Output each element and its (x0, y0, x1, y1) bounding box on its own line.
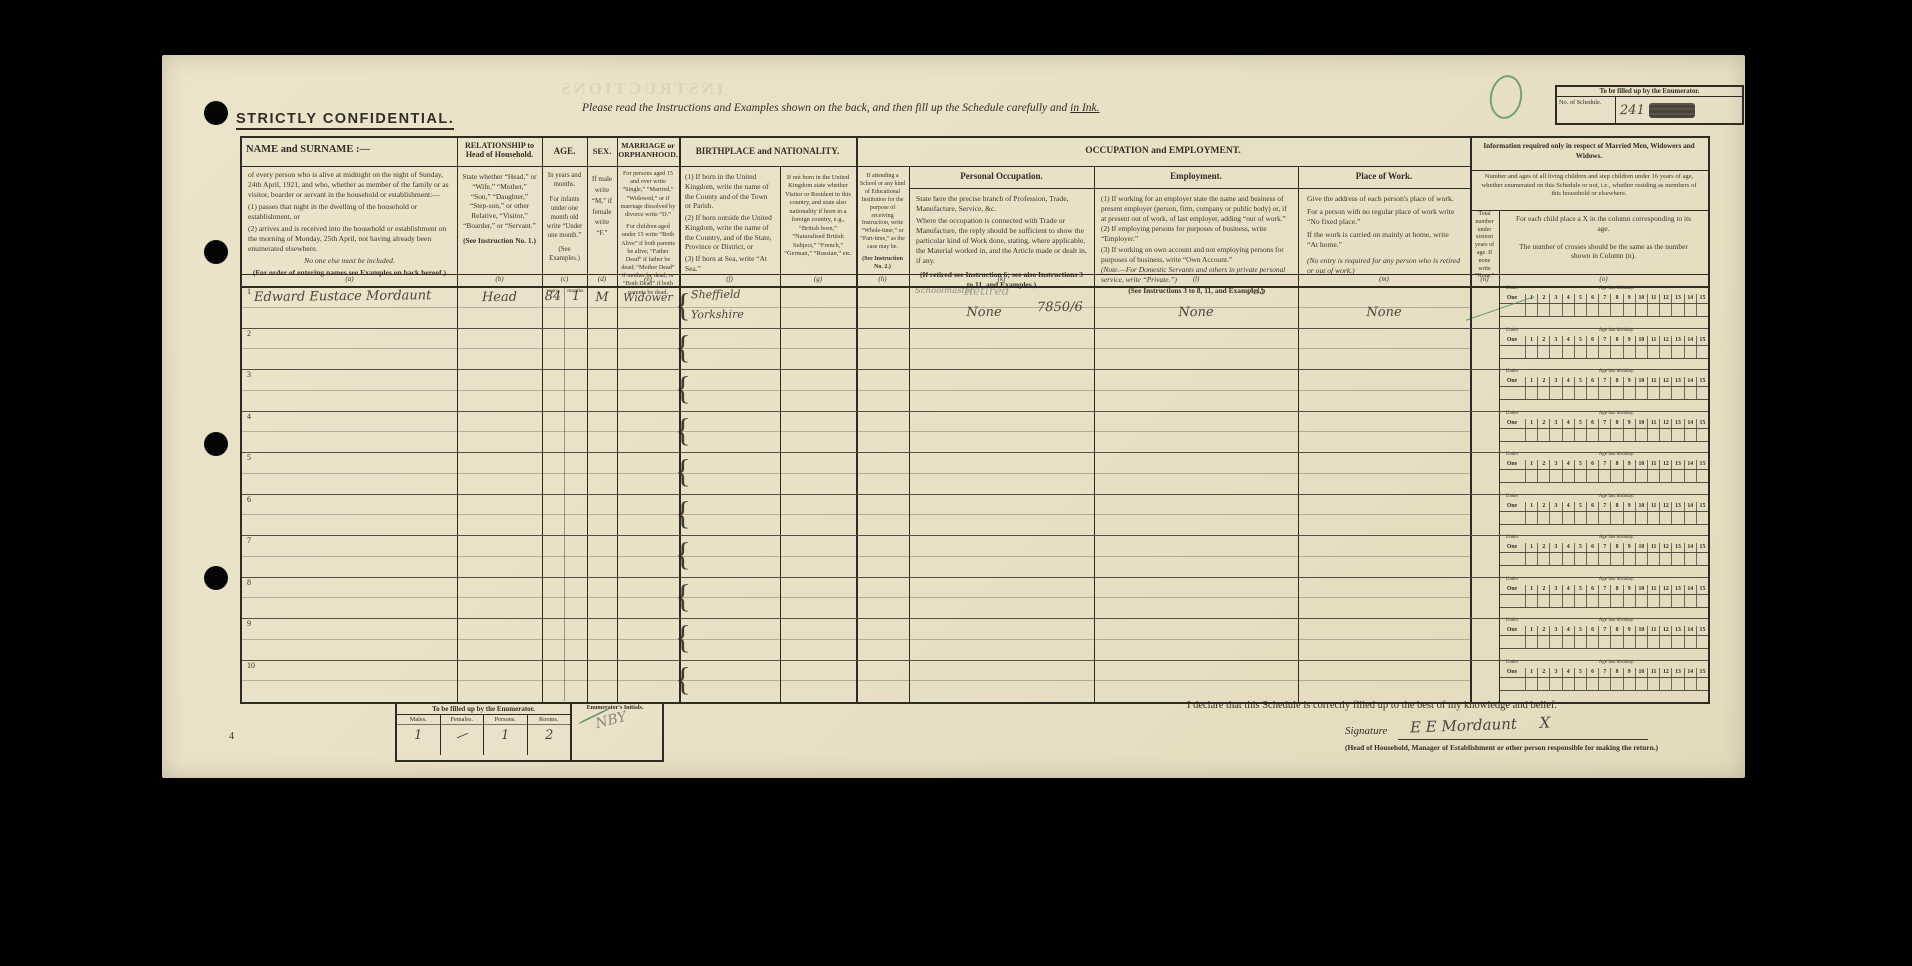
under-one-label: One (1499, 502, 1525, 511)
entry-relationship (457, 580, 542, 581)
age-grid-cell (1635, 512, 1647, 524)
age-grid-cell (1610, 346, 1622, 358)
age-grid-cell (1574, 387, 1586, 399)
row-number: 10 (247, 661, 255, 670)
age-grid-cell (1623, 595, 1635, 607)
age-grid-number: 15 (1696, 377, 1708, 386)
age-grid-number: 4 (1562, 668, 1574, 677)
desc-birthplace: (1) If born in the United Kingdom, write… (679, 170, 780, 276)
col-letter-b: (b) (457, 275, 542, 286)
age-last-birthday-label: Age last birthday. (1525, 494, 1708, 502)
age-grid-number: 5 (1574, 626, 1586, 635)
entry-name (254, 412, 454, 414)
children-age-grid: UnderAge last birthday.One12345678910111… (1499, 328, 1708, 370)
entry-marriage (617, 332, 679, 333)
age-grid-number: 5 (1574, 294, 1586, 303)
group-title-occupation: OCCUPATION and EMPLOYMENT. (856, 146, 1470, 156)
age-grid-number: 15 (1696, 668, 1708, 677)
age-grid-number: 12 (1659, 460, 1671, 469)
age-subcolumn-divider (564, 328, 565, 370)
row-number: 8 (247, 578, 251, 587)
age-grid-number: 10 (1635, 294, 1647, 303)
age-last-birthday-label: Age last birthday. (1525, 328, 1708, 336)
under-one-label: One (1499, 377, 1525, 386)
age-grid-cell (1562, 678, 1574, 690)
page-number: 4 (229, 731, 234, 742)
age-grid-cell (1623, 636, 1635, 648)
responsible-person-note: (Head of Household, Manager of Establish… (1345, 743, 1658, 752)
age-grid-cell (1671, 595, 1683, 607)
age-grid-cell (1586, 304, 1598, 316)
header-rule-line (1470, 210, 1708, 211)
col-letter-o: (o) (1499, 275, 1708, 286)
subtitle-employment: Employment. (1094, 171, 1298, 181)
age-grid-number: 3 (1549, 543, 1561, 552)
age-grid-number: 15 (1696, 543, 1708, 552)
desc-age-note: (See Examples.) (545, 246, 584, 264)
age-grid-cell (1537, 595, 1549, 607)
age-grid-cell (1598, 387, 1610, 399)
entry-marriage (617, 623, 679, 624)
entry-marriage (617, 498, 679, 499)
age-grid-cell (1598, 553, 1610, 565)
entry-name (254, 537, 454, 539)
age-grid-number: 6 (1586, 377, 1598, 386)
entry-relationship: Head (457, 290, 542, 306)
age-grid-cell (1696, 512, 1708, 524)
under-one-label: Under (1499, 494, 1525, 502)
age-subcolumn-divider (564, 577, 565, 619)
females-column: Females. — (440, 715, 484, 755)
age-grid-number: 11 (1647, 377, 1659, 386)
schedule-row: 10 { UnderAge last birthday.One123456789… (242, 660, 1708, 702)
age-grid-cell (1671, 429, 1683, 441)
age-grid-cell (1647, 304, 1659, 316)
age-grid-cell (1635, 429, 1647, 441)
age-grid-cell (1549, 678, 1561, 690)
age-last-birthday-label: Age last birthday. (1525, 369, 1708, 377)
under-one-label: Under (1499, 328, 1525, 336)
age-grid-number: 8 (1610, 460, 1622, 469)
age-subcolumn-divider (564, 411, 565, 453)
age-grid-number: 1 (1525, 419, 1537, 428)
children-age-grid: UnderAge last birthday.One12345678910111… (1499, 660, 1708, 702)
entry-employment: None (1094, 304, 1298, 321)
birthplace-brace: { (675, 658, 691, 702)
age-grid-cell (1659, 636, 1671, 648)
age-grid-cell (1537, 553, 1549, 565)
age-grid-cell (1549, 470, 1561, 482)
row-divider-line (242, 535, 1708, 536)
age-grid-caption: UnderAge last birthday. (1499, 577, 1708, 585)
row-number: 6 (247, 495, 251, 504)
age-grid-cell (1659, 553, 1671, 565)
header-rule-line (909, 188, 1470, 189)
age-grid-number: 8 (1610, 585, 1622, 594)
under-one-label: Under (1499, 411, 1525, 419)
age-grid-cell (1684, 470, 1696, 482)
age-grid-number: 6 (1586, 668, 1598, 677)
schedule-row: 7 { UnderAge last birthday.One1234567891… (242, 535, 1708, 577)
age-grid-number: 3 (1549, 377, 1561, 386)
declaration-text: I declare that this Schedule is correctl… (1082, 700, 1662, 711)
age-grid-cell (1671, 470, 1683, 482)
age-grid-cell (1598, 595, 1610, 607)
age-grid-cell (1574, 678, 1586, 690)
age-grid-cell (1635, 595, 1647, 607)
age-grid-cell (1696, 553, 1708, 565)
col-letter-e: (e) (617, 275, 679, 286)
age-grid-number: 1 (1525, 377, 1537, 386)
row-divider-line (242, 369, 1708, 370)
confidential-heading: STRICTLY CONFIDENTIAL. (236, 111, 454, 130)
desc-name-p3: (2) arrives and is received into the hou… (248, 224, 451, 254)
age-grid-cell (1586, 595, 1598, 607)
age-grid-number: 8 (1610, 377, 1622, 386)
age-grid-cell (1537, 636, 1549, 648)
age-grid-cell (1647, 636, 1659, 648)
age-grid-cell (1537, 304, 1549, 316)
entry-marriage (617, 540, 679, 541)
under-one-label: One (1499, 626, 1525, 635)
entry-relationship (457, 414, 542, 415)
age-grid-number: 12 (1659, 294, 1671, 303)
age-grid-number: 9 (1623, 294, 1635, 303)
schedule-row: 8 { UnderAge last birthday.One1234567891… (242, 577, 1708, 619)
age-grid-cell (1610, 387, 1622, 399)
age-grid-number: 7 (1598, 460, 1610, 469)
subtitle-personal-occupation: Personal Occupation. (909, 171, 1094, 181)
age-grid-empty-row (1499, 511, 1708, 525)
age-grid-cell (1635, 304, 1647, 316)
desc-employment-p2: (2) If employing persons for purposes of… (1101, 224, 1291, 244)
instruction-text: Please read the Instructions and Example… (582, 102, 1070, 114)
col-letter-n: (n) (1470, 275, 1499, 286)
children-age-grid: UnderAge last birthday.One12345678910111… (1499, 494, 1708, 536)
age-grid-number: 1 (1525, 502, 1537, 511)
age-grid-cell (1574, 429, 1586, 441)
age-grid-cell (1574, 512, 1586, 524)
age-grid-number: 5 (1574, 460, 1586, 469)
age-grid-cell (1671, 387, 1683, 399)
age-grid-number: 11 (1647, 626, 1659, 635)
birthplace-brace: { (675, 450, 691, 494)
age-grid-number: 7 (1598, 336, 1610, 345)
age-grid-number: 11 (1647, 294, 1659, 303)
males-column: Males. 1 (397, 715, 440, 755)
entry-birthplace-town: Yorkshire (691, 308, 744, 322)
age-grid-number: 2 (1537, 502, 1549, 511)
entry-relationship (457, 331, 542, 332)
age-grid-cell (1610, 470, 1622, 482)
age-grid-number: 9 (1623, 460, 1635, 469)
age-grid-empty-row (1499, 552, 1708, 566)
age-grid-cell (1635, 470, 1647, 482)
age-grid-cell (1635, 553, 1647, 565)
age-last-birthday-label: Age last birthday. (1525, 618, 1708, 626)
entry-age-years: 84 (540, 289, 566, 304)
age-grid-cell (1610, 595, 1622, 607)
age-grid-caption: UnderAge last birthday. (1499, 660, 1708, 668)
age-grid-number: 1 (1525, 460, 1537, 469)
age-grid-cell (1562, 429, 1574, 441)
age-grid-cell (1671, 636, 1683, 648)
age-grid-cell (1671, 346, 1683, 358)
age-grid-cell (1499, 470, 1525, 482)
under-one-label: One (1499, 543, 1525, 552)
age-grid-empty-row (1499, 303, 1708, 317)
age-grid-cell (1598, 429, 1610, 441)
age-grid-number: 7 (1598, 419, 1610, 428)
enumerator-summary-title: To be filled up by the Enumerator. (397, 704, 570, 715)
desc-place-of-work: Give the address of each person's place … (1298, 192, 1470, 278)
age-grid-cell (1623, 304, 1635, 316)
desc-name-p2: (1) passes that night in the dwelling of… (248, 202, 451, 222)
age-grid-cell (1659, 512, 1671, 524)
entry-relationship (457, 622, 542, 623)
age-grid-cell (1696, 678, 1708, 690)
age-grid-cell (1537, 470, 1549, 482)
instruction-in-ink: in Ink. (1070, 102, 1099, 114)
age-grid-cell (1537, 678, 1549, 690)
age-grid-number: 14 (1684, 502, 1696, 511)
age-grid-cell (1549, 387, 1561, 399)
age-subcolumn-divider (564, 535, 565, 577)
age-grid-cell (1574, 553, 1586, 565)
col-letter-d: (d) (587, 275, 617, 286)
row-number: 3 (247, 370, 251, 379)
row-divider-line (242, 411, 1708, 412)
birthplace-brace: { (675, 284, 691, 328)
age-grid-cell (1574, 304, 1586, 316)
age-grid-number: 10 (1635, 336, 1647, 345)
age-grid-cell (1659, 470, 1671, 482)
age-grid-cell (1671, 678, 1683, 690)
age-grid-number: 9 (1623, 543, 1635, 552)
birthplace-brace: { (675, 575, 691, 619)
entry-relationship (457, 456, 542, 457)
age-grid-cell (1586, 636, 1598, 648)
desc-age-p1: In years and months. (545, 172, 584, 190)
age-grid-number: 7 (1598, 668, 1610, 677)
col-title-sex: SEX. (587, 146, 617, 156)
married-info-title: Information required only in respect of … (1470, 140, 1708, 163)
col-letter-a: (a) (242, 275, 457, 286)
age-grid-cell (1696, 636, 1708, 648)
entry-name (254, 495, 454, 497)
age-grid-number-row: One123456789101112131415 (1499, 460, 1708, 469)
under-one-label: One (1499, 336, 1525, 345)
age-grid-cell (1598, 512, 1610, 524)
entry-place-of-work: None (1298, 304, 1470, 321)
age-grid-cell (1610, 553, 1622, 565)
age-grid-number: 7 (1598, 502, 1610, 511)
age-grid-number: 14 (1684, 294, 1696, 303)
age-grid-number: 7 (1598, 377, 1610, 386)
age-grid-cell (1562, 304, 1574, 316)
age-grid-number: 12 (1659, 377, 1671, 386)
age-grid-number: 13 (1671, 336, 1683, 345)
age-grid-number: 14 (1684, 585, 1696, 594)
age-grid-number: 1 (1525, 543, 1537, 552)
age-grid-cell (1696, 387, 1708, 399)
age-grid-number: 10 (1635, 502, 1647, 511)
desc-place-of-work-p2: For a person with no regular place of wo… (1307, 207, 1461, 227)
age-grid-cell (1525, 387, 1537, 399)
age-grid-cell (1635, 678, 1647, 690)
age-grid-number: 10 (1635, 419, 1647, 428)
entry-marriage (617, 581, 679, 582)
age-grid-cell (1499, 346, 1525, 358)
age-grid-note-1: For each child place a X in the column c… (1515, 214, 1692, 234)
desc-nationality: If not born in the United Kingdom state … (780, 172, 856, 261)
enumerator-summary-columns: Males. 1 Females. — Persons. 1 Rooms. 2 (397, 715, 570, 755)
row-number: 1 (247, 287, 251, 296)
children-age-grid: UnderAge last birthday.One12345678910111… (1499, 369, 1708, 411)
entry-marriage (617, 664, 679, 665)
desc-birthplace-p3: (3) If born at Sea, write “At Sea.” (685, 254, 774, 274)
age-grid-number: 5 (1574, 668, 1586, 677)
desc-education-note: (See Instruction No. 2.) (859, 256, 906, 272)
age-grid-number: 4 (1562, 460, 1574, 469)
signature-line (1398, 739, 1648, 740)
age-grid-cell (1562, 595, 1574, 607)
age-grid-caption: UnderAge last birthday. (1499, 494, 1708, 502)
subtitle-place-of-work: Place of Work. (1298, 171, 1470, 181)
age-subcolumn-divider (564, 369, 565, 411)
age-grid-number: 9 (1623, 336, 1635, 345)
entry-relationship (457, 539, 542, 540)
age-grid-cell (1499, 553, 1525, 565)
age-grid-cell (1684, 512, 1696, 524)
age-grid-number: 8 (1610, 626, 1622, 635)
birthplace-brace: { (675, 367, 691, 411)
age-grid-number: 13 (1671, 460, 1683, 469)
age-grid-number: 13 (1671, 294, 1683, 303)
age-grid-number: 8 (1610, 668, 1622, 677)
schedule-row: 4 { UnderAge last birthday.One1234567891… (242, 411, 1708, 453)
age-grid-cell (1525, 636, 1537, 648)
entry-age-months: 1 (566, 289, 586, 304)
column-divider-line (1499, 210, 1500, 702)
age-grid-cell (1549, 553, 1561, 565)
age-grid-cell (1623, 387, 1635, 399)
entry-name (254, 329, 454, 331)
age-grid-cell (1610, 304, 1622, 316)
age-grid-number: 13 (1671, 626, 1683, 635)
age-grid-cell (1647, 553, 1659, 565)
age-grid-number: 1 (1525, 626, 1537, 635)
age-grid-cell (1586, 470, 1598, 482)
age-grid-number: 4 (1562, 626, 1574, 635)
entry-birthplace-county: Sheffield (691, 288, 741, 302)
age-grid-cell (1574, 636, 1586, 648)
entry-marriage (617, 415, 679, 416)
age-grid-cell (1623, 429, 1635, 441)
age-grid-number: 13 (1671, 543, 1683, 552)
age-grid-cell (1696, 429, 1708, 441)
age-grid-cell (1586, 429, 1598, 441)
age-grid-cell (1671, 304, 1683, 316)
age-grid-number: 12 (1659, 668, 1671, 677)
age-grid-empty-row (1499, 428, 1708, 442)
age-grid-cell (1647, 595, 1659, 607)
age-grid-cell (1598, 346, 1610, 358)
males-value: 1 (397, 725, 440, 755)
age-grid-cell (1549, 429, 1561, 441)
rooms-value: 2 (527, 725, 570, 755)
enumerator-summary-box: To be filled up by the Enumerator. Males… (395, 702, 664, 762)
entry-name (254, 661, 454, 663)
age-grid-cell (1647, 387, 1659, 399)
age-grid-number: 9 (1623, 585, 1635, 594)
desc-relationship-note: (See Instruction No. 1.) (462, 236, 537, 246)
desc-name-p1: of every person who is alive at midnight… (248, 170, 451, 200)
age-grid-number: 11 (1647, 502, 1659, 511)
age-grid-number: 12 (1659, 585, 1671, 594)
age-grid-cell (1549, 595, 1561, 607)
age-grid-number: 15 (1696, 336, 1708, 345)
age-grid-empty-row (1499, 677, 1708, 691)
column-divider-line (1094, 166, 1095, 702)
age-grid-number: 4 (1562, 543, 1574, 552)
age-grid-number: 4 (1562, 294, 1574, 303)
age-grid-number: 5 (1574, 419, 1586, 428)
enumerator-initials-cell: Enumerator's Initials. NBY (572, 704, 658, 760)
header-rule-line (1470, 170, 1708, 171)
children-age-grid: UnderAge last birthday.One12345678910111… (1499, 452, 1708, 494)
age-grid-number: 6 (1586, 543, 1598, 552)
age-grid-number: 14 (1684, 419, 1696, 428)
age-grid-cell (1586, 553, 1598, 565)
age-grid-number: 7 (1598, 543, 1610, 552)
age-grid-number: 9 (1623, 668, 1635, 677)
schedule-row: 9 { UnderAge last birthday.One1234567891… (242, 618, 1708, 660)
age-grid-number: 5 (1574, 502, 1586, 511)
census-schedule-document: INSTRUCTIONS STRICTLY CONFIDENTIAL. Plea… (162, 55, 1745, 778)
desc-relationship: State whether “Head,” or “Wife,” “Mother… (457, 170, 542, 247)
age-grid-number-row: One123456789101112131415 (1499, 419, 1708, 428)
age-grid-number: 4 (1562, 419, 1574, 428)
age-grid-number: 13 (1671, 668, 1683, 677)
age-grid-number: 7 (1598, 585, 1610, 594)
age-grid-cell (1659, 346, 1671, 358)
age-grid-number: 12 (1659, 419, 1671, 428)
males-header: Males. (397, 715, 440, 725)
birthplace-brace: { (675, 616, 691, 660)
header-rule-line (242, 274, 1708, 275)
age-grid-instructions: For each child place a X in the column c… (1499, 214, 1708, 261)
age-grid-number: 3 (1549, 585, 1561, 594)
punch-hole (204, 566, 228, 590)
age-grid-cell (1586, 678, 1598, 690)
enumerator-summary-left: To be filled up by the Enumerator. Males… (397, 704, 572, 760)
age-grid-number: 10 (1635, 668, 1647, 677)
col-title-relationship: RELATIONSHIP to Head of Household. (457, 141, 542, 159)
age-grid-number: 12 (1659, 502, 1671, 511)
entry-marriage (617, 457, 679, 458)
age-grid-cell (1684, 678, 1696, 690)
age-grid-cell (1586, 387, 1598, 399)
age-grid-cell (1499, 678, 1525, 690)
age-grid-number: 10 (1635, 460, 1647, 469)
bleed-through-text: INSTRUCTIONS (558, 79, 723, 99)
age-grid-number: 10 (1635, 585, 1647, 594)
entry-name (254, 454, 454, 456)
row-number: 2 (247, 329, 251, 338)
age-grid-cell (1549, 304, 1561, 316)
col-title-name: NAME and SURNAME :— (246, 144, 457, 155)
